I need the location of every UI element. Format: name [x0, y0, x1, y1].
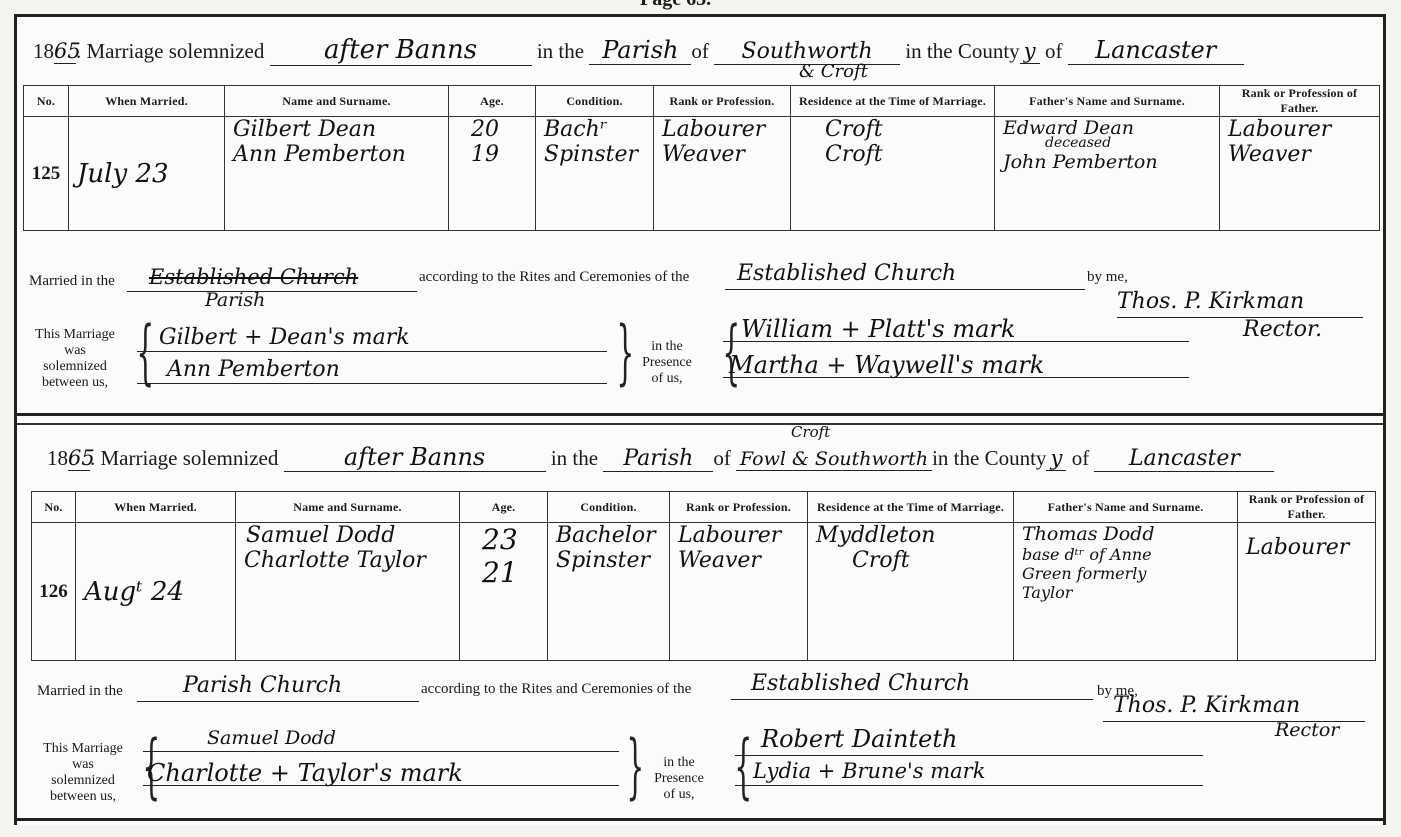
solemnized-label: . Marriage solemnized	[76, 39, 264, 63]
rites-of-value: Established Church	[751, 671, 970, 696]
label-line: This Marriage	[23, 327, 127, 343]
label-line: was	[23, 343, 127, 359]
parish-insert: & Croft	[799, 61, 868, 82]
groom-signature: Gilbert + Dean's mark	[159, 325, 410, 350]
married-in-label: Married in the	[29, 273, 115, 290]
county-suffix: y	[1020, 39, 1040, 64]
marriage-entry-126: 1865. Marriage solemnized after Banns in…	[17, 421, 1383, 821]
col-name: Name and Surname.	[225, 86, 449, 117]
bride-father-rank: Weaver	[1220, 142, 1379, 167]
bride-signature: Charlotte + Taylor's mark	[147, 759, 463, 787]
header-row: No. When Married. Name and Surname. Age.…	[32, 492, 1376, 523]
this-marriage-label: This Marriage was solemnized between us,	[23, 327, 127, 391]
col-when-married: When Married.	[69, 86, 225, 117]
witness-1-signature: William + Platt's mark	[741, 315, 1015, 343]
col-rank: Rank or Profession.	[654, 86, 791, 117]
according-to-label: according to the Rites and Ceremonies of…	[419, 269, 689, 286]
label-line: of us,	[639, 787, 719, 803]
officiant-title: Rector	[1275, 719, 1339, 741]
groom-rank: Labourer	[670, 523, 807, 548]
when-married: Augᵗ 24	[76, 523, 236, 661]
in-the-label: in the	[537, 39, 584, 63]
label-line: solemnized	[31, 773, 135, 789]
of-label: of	[691, 39, 709, 63]
label-line: between us,	[31, 789, 135, 805]
witness-1-signature: Robert Dainteth	[761, 725, 957, 753]
marriage-register-page: 1865. Marriage solemnized after Banns in…	[14, 14, 1386, 825]
col-residence: Residence at the Time of Marriage.	[808, 492, 1014, 523]
label-line: Presence	[627, 355, 707, 371]
bride-father-name: John Pemberton	[995, 151, 1219, 173]
officiant-signature: Thos. P. Kirkman	[1113, 693, 1300, 718]
county-name: Lancaster	[1094, 446, 1274, 472]
col-father-rank: Rank or Profession of Father.	[1220, 86, 1380, 117]
entry-title-line: 1865. Marriage solemnized after Banns in…	[33, 35, 1363, 66]
col-age: Age.	[449, 86, 536, 117]
col-father-rank: Rank or Profession of Father.	[1238, 492, 1376, 523]
bride-rank: Weaver	[670, 548, 807, 573]
officiant-title: Rector.	[1243, 317, 1322, 342]
label-line: was	[31, 757, 135, 773]
col-father-name: Father's Name and Surname.	[1014, 492, 1238, 523]
label-line: of us,	[627, 371, 707, 387]
groom-residence: Croft	[791, 117, 994, 142]
groom-father-name: Thomas Dodd	[1014, 523, 1237, 545]
entry-number: 126	[32, 523, 76, 661]
parish-insert: Croft	[791, 423, 830, 441]
label-line: solemnized	[23, 359, 127, 375]
col-when-married: When Married.	[76, 492, 236, 523]
bride-residence: Croft	[791, 142, 994, 167]
header-row: No. When Married. Name and Surname. Age.…	[24, 86, 1380, 117]
groom-age: 20	[449, 117, 535, 142]
entry-table: No. When Married. Name and Surname. Age.…	[31, 491, 1376, 661]
col-no: No.	[32, 492, 76, 523]
presence-label: in the Presence of us,	[639, 755, 719, 803]
col-condition: Condition.	[548, 492, 670, 523]
witness-2-signature: Martha + Waywell's mark	[729, 351, 1044, 379]
bride-condition: Spinster	[548, 548, 669, 573]
bride-residence: Croft	[808, 548, 1013, 573]
bride-age: 21	[460, 556, 547, 589]
this-marriage-label: This Marriage was solemnized between us,	[31, 741, 135, 805]
page-header: Page 63.	[640, 0, 711, 11]
col-no: No.	[24, 86, 69, 117]
table-row: 126 Augᵗ 24 Samuel DoddCharlotte Taylor …	[32, 523, 1376, 661]
parish-word: Parish	[589, 36, 691, 65]
col-father-name: Father's Name and Surname.	[995, 86, 1220, 117]
entry-number: 125	[24, 117, 69, 231]
col-condition: Condition.	[536, 86, 654, 117]
year-prefix: 18	[47, 446, 68, 470]
according-to-label: according to the Rites and Ceremonies of…	[421, 681, 691, 698]
label-line: This Marriage	[31, 741, 135, 757]
label-line: in the	[639, 755, 719, 771]
officiant-signature: Thos. P. Kirkman	[1117, 289, 1304, 314]
bride-name: Charlotte Taylor	[236, 548, 459, 573]
county-label: in the County	[932, 446, 1046, 470]
year-suffix: 65	[54, 39, 76, 64]
groom-age: 23	[460, 523, 547, 556]
brace-presence: {	[734, 731, 752, 801]
entry-title-line: 1865. Marriage solemnized after Banns in…	[47, 443, 1363, 472]
county-suffix: y	[1046, 446, 1066, 471]
col-name: Name and Surname.	[236, 492, 460, 523]
of-label: of	[713, 446, 731, 470]
solemnized-by: after Banns	[270, 35, 532, 66]
groom-father-rank: Labourer	[1238, 535, 1375, 560]
label-line: between us,	[23, 375, 127, 391]
by-me-label: by me,	[1087, 269, 1128, 286]
col-age: Age.	[460, 492, 548, 523]
county-label: in the County	[905, 39, 1019, 63]
when-married: July 23	[69, 117, 225, 231]
year-prefix: 18	[33, 39, 54, 63]
col-rank: Rank or Profession.	[670, 492, 808, 523]
col-residence: Residence at the Time of Marriage.	[791, 86, 995, 117]
entry-table: No. When Married. Name and Surname. Age.…	[23, 85, 1380, 231]
groom-father-rank: Labourer	[1220, 117, 1379, 142]
bride-signature: Ann Pemberton	[167, 357, 340, 382]
solemnized-by: after Banns	[284, 443, 546, 472]
bride-father-name: base dᵗʳ of Anne Green formerly Taylor	[1014, 545, 1172, 602]
groom-name: Gilbert Dean	[225, 117, 448, 142]
solemnized-label: . Marriage solemnized	[90, 446, 278, 470]
groom-name: Samuel Dodd	[236, 523, 459, 548]
groom-rank: Labourer	[654, 117, 790, 142]
bride-condition: Spinster	[536, 142, 653, 167]
bride-name: Ann Pemberton	[225, 142, 448, 167]
label-line: in the	[627, 339, 707, 355]
county-of-label: of	[1045, 39, 1063, 63]
table-row: 125 July 23 Gilbert DeanAnn Pemberton 20…	[24, 117, 1380, 231]
parish-name: Fowl & Southworth	[736, 448, 932, 471]
married-in-value: Established Church	[149, 265, 358, 289]
married-in-correction: Parish	[205, 289, 265, 311]
groom-condition: Bachʳ	[536, 117, 653, 142]
county-name: Lancaster	[1068, 36, 1244, 65]
county-of-label: of	[1072, 446, 1090, 470]
groom-residence: Myddleton	[808, 523, 1013, 548]
witness-2-signature: Lydia + Brune's mark	[753, 759, 985, 783]
page-bottom-rule	[14, 818, 1386, 821]
married-in-label: Married in the	[37, 683, 123, 700]
presence-label: in the Presence of us,	[627, 339, 707, 387]
rites-of-value: Established Church	[737, 261, 956, 286]
bride-age: 19	[449, 142, 535, 167]
married-in-value: Parish Church	[183, 673, 342, 698]
parish-word: Parish	[603, 446, 713, 472]
label-line: Presence	[639, 771, 719, 787]
year-suffix: 65	[68, 446, 90, 471]
groom-condition: Bachelor	[548, 523, 669, 548]
in-the-label: in the	[551, 446, 598, 470]
bride-rank: Weaver	[654, 142, 790, 167]
groom-signature: Samuel Dodd	[207, 727, 336, 749]
brace-left: {	[136, 317, 154, 387]
marriage-entry-125: 1865. Marriage solemnized after Banns in…	[17, 17, 1383, 413]
